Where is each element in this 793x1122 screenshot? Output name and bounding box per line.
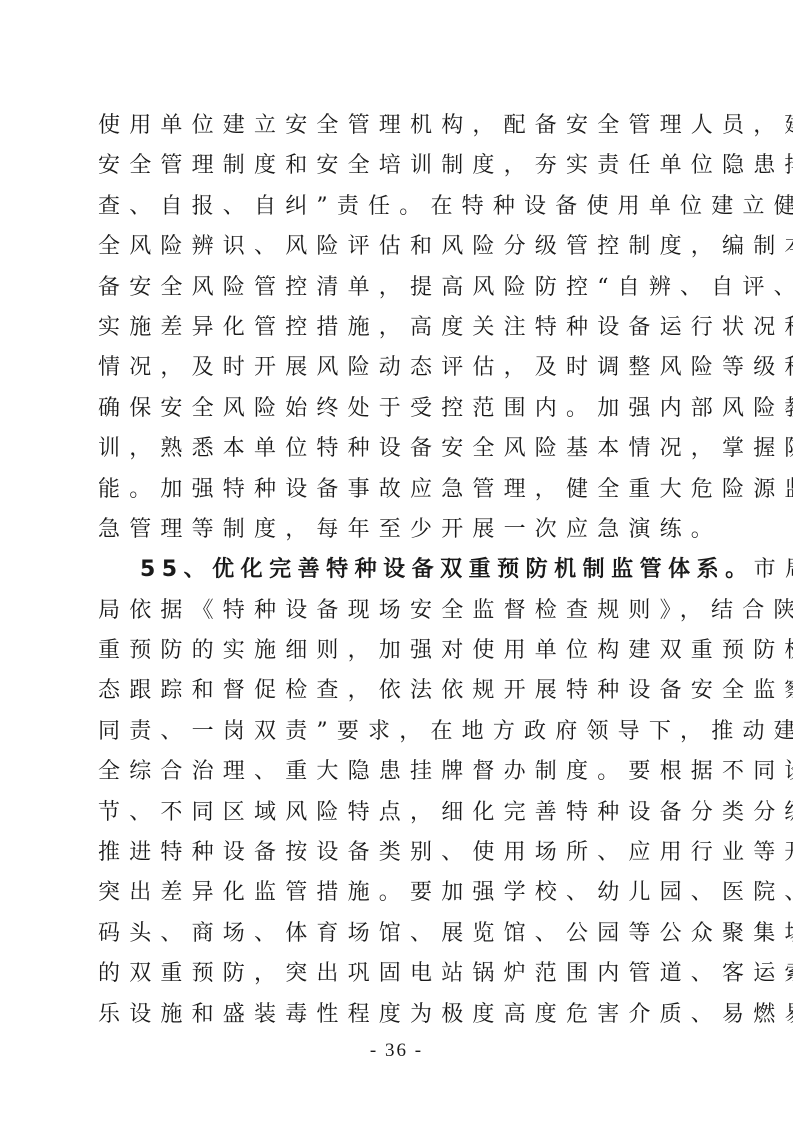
text-line: 局依据《特种设备现场安全监督检查规则》，结合陕西省关于双 [98, 591, 698, 631]
body-text: 使用单位建立安全管理机构，配备安全管理人员，建立特种设备 安全管理制度和安全培训… [98, 106, 698, 1035]
text-line: 查、自报、自纠”责任。在特种设备使用单位建立健全特种设备安 [98, 187, 698, 227]
text-line: 情况，及时开展风险动态评估，及时调整风险等级和管控措施， [98, 348, 698, 388]
section-text: 市局、县区 [754, 557, 793, 582]
text-line: 节、不同区域风险特点，细化完善特种设备分类分级监管要求， [98, 793, 698, 833]
text-line: 确保安全风险始终处于受控范围内。加强内部风险教育和技能培 [98, 389, 698, 429]
document-page: 使用单位建立安全管理机构，配备安全管理人员，建立特种设备 安全管理制度和安全培训… [0, 0, 793, 1122]
text-line: 推进特种设备按设备类别、使用场所、应用行业等开展分类监管， [98, 833, 698, 873]
text-line: 码头、商场、体育场馆、展览馆、公园等公众聚集场所特种设备 [98, 914, 698, 954]
section-55-first-line: 55、优化完善特种设备双重预防机制监管体系。市局、县区 [98, 550, 698, 590]
text-line: 全风险辨识、风险评估和风险分级管控制度，编制本单位特种设 [98, 227, 698, 267]
text-line: 训，熟悉本单位特种设备安全风险基本情况，掌握防范和应急技 [98, 429, 698, 469]
text-line: 急管理等制度，每年至少开展一次应急演练。 [98, 510, 698, 550]
text-line: 突出差异化监管措施。要加强学校、幼儿园、医院、车站、客运 [98, 873, 698, 913]
text-line: 的双重预防，突出巩固电站锅炉范围内管道、客运索道、大型游 [98, 954, 698, 994]
text-line: 实施差异化管控措施，高度关注特种设备运行状况和危险源变化 [98, 308, 698, 348]
text-line: 备安全风险管控清单，提高风险防控“自辨、自评、自控”能力。 [98, 268, 698, 308]
page-number: - 36 - [0, 1040, 793, 1062]
section-heading: 55、优化完善特种设备双重预防机制监管体系。 [140, 557, 754, 582]
text-line: 使用单位建立安全管理机构，配备安全管理人员，建立特种设备 [98, 106, 698, 146]
text-line: 全综合治理、重大隐患挂牌督办制度。要根据不同设备、不同环 [98, 752, 698, 792]
text-line: 同责、一岗双责”要求，在地方政府领导下，推动建立特种设备安 [98, 712, 698, 752]
text-line: 重预防的实施细则，加强对使用单位构建双重预防机制情况的动 [98, 631, 698, 671]
text-line: 态跟踪和督促检查，依法依规开展特种设备安全监察。按照“党政 [98, 671, 698, 711]
text-line: 乐设施和盛装毒性程度为极度高度危害介质、易燃易爆介质承压 [98, 995, 698, 1035]
text-line: 安全管理制度和安全培训制度，夯实责任单位隐患排查治理“自 [98, 146, 698, 186]
text-line: 能。加强特种设备事故应急管理，健全重大危险源监控、事故应 [98, 470, 698, 510]
